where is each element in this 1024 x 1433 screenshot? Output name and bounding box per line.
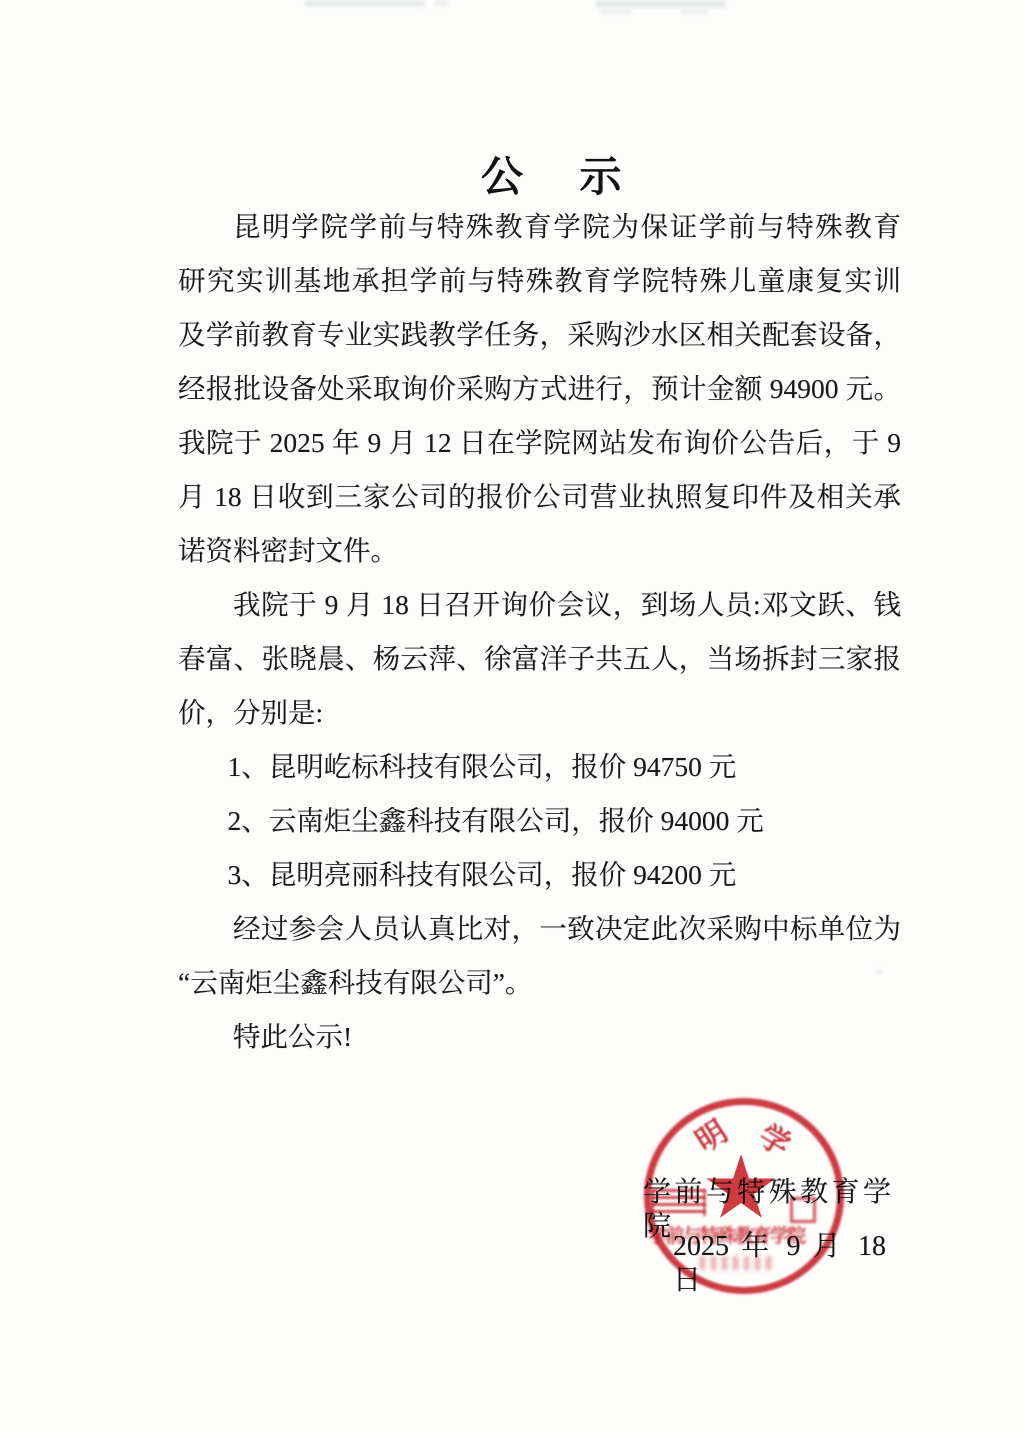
body-line: 我院于 2025 年 9 月 12 日在学院网站发布询价公告后，于 9 bbox=[178, 416, 901, 470]
scan-artifact bbox=[681, 9, 709, 15]
bid-line: 2、云南炬尘鑫科技有限公司，报价 94000 元 bbox=[178, 794, 901, 848]
seal-illegible-mark bbox=[700, 1256, 772, 1270]
announcement-page: 公 示 昆明学院学前与特殊教育学院为保证学前与特殊教育 研究实训基地承担学前与特… bbox=[0, 0, 1024, 1433]
body-line: 经报批设备处采取询价采购方式进行，预计金额 94900 元。 bbox=[178, 362, 901, 416]
body-line: 经过参会人员认真比对，一致决定此次采购中标单位为 bbox=[178, 902, 901, 956]
body-line: “云南炬尘鑫科技有限公司”。 bbox=[178, 956, 901, 1010]
seal-inner-text: 学前与特殊教育学院 bbox=[648, 1221, 808, 1248]
body-line: 我院于 9 月 18 日召开询价会议，到场人员:邓文跃、钱 bbox=[178, 578, 901, 632]
page-title: 公 示 bbox=[481, 155, 622, 201]
body-line: 昆明学院学前与特殊教育学院为保证学前与特殊教育 bbox=[178, 200, 901, 254]
scan-artifact bbox=[600, 9, 632, 15]
body-line: 及学前教育专业实践教学任务，采购沙水区相关配套设备， bbox=[178, 308, 901, 362]
scan-artifact bbox=[596, 0, 726, 8]
bid-line: 1、昆明屹标科技有限公司，报价 94750 元 bbox=[178, 740, 901, 794]
body-line: 价，分别是: bbox=[178, 686, 901, 740]
body-line: 研究实训基地承担学前与特殊教育学院特殊儿童康复实训 bbox=[178, 254, 901, 308]
body-line: 春富、张晓晨、杨云萍、徐富洋子共五人，当场拆封三家报 bbox=[178, 632, 901, 686]
scan-artifact bbox=[434, 0, 448, 6]
seal-illegible-mark bbox=[790, 1197, 816, 1223]
document-body: 昆明学院学前与特殊教育学院为保证学前与特殊教育 研究实训基地承担学前与特殊教育学… bbox=[178, 200, 901, 1064]
body-line: 特此公示! bbox=[178, 1010, 901, 1064]
body-line: 诺资料密封文件。 bbox=[178, 524, 901, 578]
bid-line: 3、昆明亮丽科技有限公司，报价 94200 元 bbox=[178, 848, 901, 902]
scan-artifact bbox=[305, 0, 425, 7]
seal-illegible-mark bbox=[651, 1189, 706, 1216]
body-line: 月 18 日收到三家公司的报价公司营业执照复印件及相关承 bbox=[178, 470, 901, 524]
